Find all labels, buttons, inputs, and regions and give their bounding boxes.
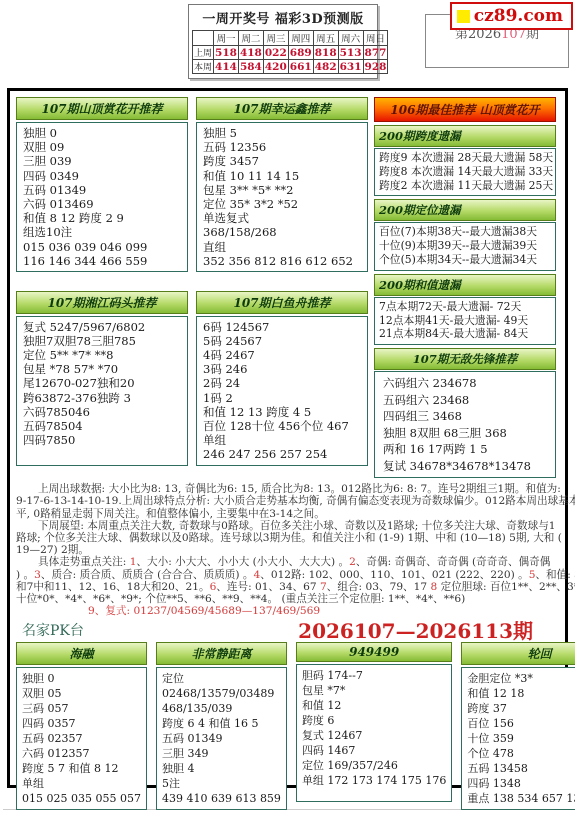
section-body: 7点本期72天-最大遗漏- 72天12点本期41天-最大遗漏- 49天21点本期…	[374, 297, 556, 345]
weekday-cell: 周一	[214, 31, 239, 46]
pk-col-body: 胆码 174--7包星 *7*和值 12跨度 6复式 12467四码 1467定…	[296, 664, 452, 802]
text-segment: 、连号: 01、34、67	[216, 581, 320, 593]
box-line: 6码 124567	[203, 320, 361, 334]
site-logo[interactable]: cz89.com	[450, 2, 573, 30]
pk-col-feichang: 非常静距离 定位02468/13579/03489468/135/039跨度 6…	[156, 642, 287, 810]
text-segment: ) 。	[16, 569, 34, 581]
text-segment: 具体走势重点关注:	[38, 556, 130, 568]
text-segment: 19—27) 2期。	[16, 544, 89, 556]
draw-number-cell: 631	[338, 60, 363, 74]
week-data-row: 本周414584420661482631928	[193, 60, 388, 74]
pk-line: 和值 12	[302, 698, 446, 713]
weekday-cell: 周三	[263, 31, 288, 46]
box-line: 五码78504	[23, 419, 181, 433]
pioneer-line: 五码组六 23468	[383, 392, 553, 409]
text-segment: 路球; 个位多关注大球、偶数球以及0路球。连号球以3期为佳。和值关注小和 (1-…	[16, 532, 562, 544]
box-line: 独胆 5	[203, 126, 361, 140]
week-table: 周一周二周三周四周五周六周日上周518418022689818513877本周4…	[192, 30, 388, 74]
omission-line: 跨度2 本次遗漏 11天最大遗漏 25天	[379, 179, 553, 193]
analysis-text: 上周出球数据: 大小比为8: 13, 奇偶比为6: 15, 质合比为8: 13。…	[16, 483, 559, 617]
box-line: 独胆 0	[23, 126, 181, 140]
pk-line: 5注	[162, 776, 281, 791]
omission-line: 十位(9)本期39天--最大遗漏39天	[379, 239, 553, 253]
pk-line: 重点 138 534 657 134 558	[467, 791, 575, 806]
pk-line: 三码 057	[22, 701, 141, 716]
pk-line: 双胆 05	[22, 686, 141, 701]
span-omission-section: 200期跨度遗漏 跨度9 本次遗漏 28天最大遗漏 58天跨度8 本次遗漏 14…	[374, 125, 556, 196]
box-line: 4码 2467	[203, 348, 361, 362]
pk-col-body: 独胆 0双胆 05三码 057四码 0357五码 02357六码 012357跨…	[16, 667, 147, 810]
pk-line: 三胆 349	[162, 746, 281, 761]
box-xiangjiang: 107期湘江码头推荐 复式 5247/5967/6802独胆7双胆78三胆785…	[16, 291, 188, 479]
pk-col-title: 949499	[296, 642, 452, 662]
omission-line: 跨度8 本次遗漏 14天最大遗漏 33天	[379, 165, 553, 179]
pk-line: 定位 169/357/246	[302, 758, 446, 773]
omission-line: 百位(7)本期38天--最大遗漏38天	[379, 225, 553, 239]
top-grid: 107期山顶赏花开推荐 独胆 0双胆 09三胆 039四码 0349五码 013…	[16, 97, 559, 478]
week-header-row: 周一周二周三周四周五周六周日	[193, 31, 388, 46]
title-box: 一周开奖号 福彩3D预测版 周一周二周三周四周五周六周日上周5184180226…	[188, 4, 378, 79]
section-body: 百位(7)本期38天--最大遗漏38天十位(9)本期39天--最大遗漏39天个位…	[374, 222, 556, 270]
text-segment: 7	[320, 581, 327, 593]
pk-line: 五码 02357	[22, 731, 141, 746]
box-title: 107期山顶赏花开推荐	[16, 97, 188, 120]
period-range: 2026107—2026113期	[298, 615, 533, 644]
box-line: 包星 3** *5* **2	[203, 183, 361, 197]
box-title: 107期湘江码头推荐	[16, 291, 188, 314]
pk-line: 定位	[162, 671, 281, 686]
box-line: 单组	[203, 433, 361, 447]
pk-line: 四码 1467	[302, 743, 446, 758]
pioneer-box: 107期无敌先锋推荐 六码组六 234678五码组六 23468四码组三 346…	[374, 348, 556, 478]
pk-line: 跨度 5 7 和值 8 12	[22, 761, 141, 776]
box-line: 复式 5247/5967/6802	[23, 320, 181, 334]
logo-text[interactable]: cz89.com	[474, 6, 563, 26]
box-line: 四码 0349	[23, 169, 181, 183]
box-line: 3码 246	[203, 362, 361, 376]
text-segment: 、和值: 小	[535, 569, 575, 581]
draw-number-cell: 482	[313, 60, 338, 74]
box-line: 六码 013469	[23, 197, 181, 211]
analysis-line: 19—27) 2期。	[16, 544, 559, 556]
position-omission-section: 200期定位遗漏 百位(7)本期38天--最大遗漏38天十位(9)本期39天--…	[374, 199, 556, 270]
pk-line: 四码 1348	[467, 776, 575, 791]
box-line: 三胆 039	[23, 154, 181, 168]
pk-line: 包星 *7*	[302, 683, 446, 698]
box-line: 六码785046	[23, 405, 181, 419]
row-label-cell: 本周	[193, 60, 214, 74]
box-line: 独胆7双胆78三胆785	[23, 334, 181, 348]
section-title: 200期跨度遗漏	[374, 125, 556, 147]
box-shanding: 107期山顶赏花开推荐 独胆 0双胆 09三胆 039四码 0349五码 013…	[16, 97, 188, 285]
weekday-cell: 周二	[238, 31, 263, 46]
section-title: 200期和值遗漏	[374, 274, 556, 296]
draw-number-cell: 420	[263, 60, 288, 74]
box-line: 包星 *78 57* *70	[23, 362, 181, 376]
box-line: 015 036 039 046 099	[23, 240, 181, 254]
box-line: 1码 2	[203, 391, 361, 405]
omission-line: 跨度9 本次遗漏 28天最大遗漏 58天	[379, 151, 553, 165]
pk-line: 独胆 0	[22, 671, 141, 686]
text-segment: 下周展望: 本周重点关注大数, 奇数球与0路球。百位多关注小球、奇数以及1路球;…	[38, 520, 556, 532]
box-xingyunxin: 107期幸运鑫推荐 独胆 5五码 12356跨度 3457和值 10 11 14…	[196, 97, 368, 285]
section-title: 200期定位遗漏	[374, 199, 556, 221]
pk-line: 个位 478	[467, 746, 575, 761]
pk-col-hairong: 海融 独胆 0双胆 05三码 057四码 0357五码 02357六码 0123…	[16, 642, 147, 810]
analysis-line: 具体走势重点关注: 1、大小: 小大大、小小大 (小大小、大大大) 。2、奇偶:…	[16, 556, 559, 568]
text-segment: 9、复式: 01237/04569/45689—137/469/569	[88, 605, 320, 617]
analysis-line: ) 。3、质合: 质合质、质质合 (合合合、质质质) 。4、012路: 102、…	[16, 569, 559, 581]
pioneer-line: 独胆 8双胆 68三胆 368	[383, 425, 553, 442]
analysis-line: 9-17-6-13-14-10-19.上周出球特点分析: 大小质合走势基本均衡,…	[16, 495, 559, 507]
box-line: 单选复式	[203, 211, 361, 225]
pk-line: 胆码 174--7	[302, 668, 446, 683]
box-body: 独胆 0双胆 09三胆 039四码 0349五码 01349六码 013469和…	[16, 122, 188, 272]
pk-line: 和值 12 18	[467, 686, 575, 701]
corner-cell	[193, 31, 214, 46]
row-label-cell: 上周	[193, 46, 214, 60]
pk-line: 单组	[22, 776, 141, 791]
box-line: 跨63872-376独跨 3	[23, 391, 181, 405]
analysis-line: 和7中和11、12、16、18大和20、21。6、连号: 01、34、67 7、…	[16, 581, 559, 593]
pioneer-line: 四码组三 3468	[383, 408, 553, 425]
pk-col-body: 金胆定位 *3*和值 12 18跨度 37百位 156十位 359个位 478五…	[461, 667, 575, 810]
section-title: 107期无敌先锋推荐	[374, 348, 556, 370]
section-body: 六码组六 234678五码组六 23468四码组三 3468独胆 8双胆 68三…	[374, 371, 556, 478]
box-line: 五码 01349	[23, 183, 181, 197]
omission-line: 个位(5)本期34天--最大遗漏34天	[379, 253, 553, 267]
box-line: 246 247 256 257 254	[203, 447, 361, 461]
pk-line: 四码 0357	[22, 716, 141, 731]
pk-line: 金胆定位 *3*	[467, 671, 575, 686]
pk-line: 468/135/039	[162, 701, 281, 716]
text-segment: 、012路: 102、000、110、101、021 (222、220) 。	[260, 569, 528, 581]
draw-number-cell: 661	[288, 60, 313, 74]
pk-col-body: 定位02468/13579/03489468/135/039跨度 6 4 和值 …	[156, 667, 287, 810]
weekday-cell: 周五	[313, 31, 338, 46]
pk-grid: 海融 独胆 0双胆 05三码 057四码 0357五码 02357六码 0123…	[16, 642, 559, 810]
draw-number-cell: 689	[288, 46, 313, 60]
text-segment: 、奇偶: 奇偶奇、奇奇偶 (奇奇奇、偶奇偶	[356, 556, 551, 568]
section-body: 跨度9 本次遗漏 28天最大遗漏 58天跨度8 本次遗漏 14天最大遗漏 33天…	[374, 148, 556, 196]
header: 一周开奖号 福彩3D预测版 周一周二周三周四周五周六周日上周5184180226…	[0, 0, 575, 88]
text-segment: 、质合: 质合质、质质合 (合合合、质质质) 。	[41, 569, 254, 581]
analysis-line: 下周展望: 本周重点关注大数, 奇数球与0路球。百位多关注小球、奇数以及1路球;…	[16, 520, 559, 532]
draw-number-cell: 418	[238, 46, 263, 60]
text-segment: 9-17-6-13-14-10-19.上周出球特点分析: 大小质合走势基本均衡,…	[16, 495, 575, 507]
box-line: 352 356 812 816 612 652	[203, 254, 361, 268]
box-title: 107期幸运鑫推荐	[196, 97, 368, 120]
box-line: 368/158/268	[203, 225, 361, 239]
omission-line: 12点本期41天-最大遗漏- 49天	[379, 314, 553, 328]
main-frame: 107期山顶赏花开推荐 独胆 0双胆 09三胆 039四码 0349五码 013…	[7, 88, 568, 788]
box-line: 跨度 3457	[203, 154, 361, 168]
text-segment: 、组合: 03、79、17	[327, 581, 431, 593]
box-body: 6码 1245675码 245674码 24673码 2462码 241码 2和…	[196, 316, 368, 466]
analysis-line: 路球; 个位多关注大球、偶数球以及0路球。连号球以3期为佳。和值关注小和 (1-…	[16, 532, 559, 544]
text-segment: 、大小: 小大大、小小大 (小大小、大大大) 。	[136, 556, 349, 568]
pk-line: 跨度 37	[467, 701, 575, 716]
page-title: 一周开奖号 福彩3D预测版	[192, 8, 374, 27]
weekday-cell: 周日	[363, 31, 388, 46]
prediction-boxes: 107期山顶赏花开推荐 独胆 0双胆 09三胆 039四码 0349五码 013…	[16, 97, 368, 478]
pk-line: 跨度 6 4 和值 16 5	[162, 716, 281, 731]
box-line: 四码7850	[23, 433, 181, 447]
analysis-wrap: 上周出球数据: 大小比为8: 13, 奇偶比为6: 15, 质合比为8: 13。…	[16, 483, 559, 640]
box-line: 116 146 344 466 559	[23, 254, 181, 268]
pk-line: 02468/13579/03489	[162, 686, 281, 701]
omission-line: 7点本期72天-最大遗漏- 72天	[379, 300, 553, 314]
pk-line: 百位 156	[467, 716, 575, 731]
text-segment: 十位*0*、*4*、*6*、*9*; 个位**5、**6、**9、**4。 (重…	[16, 593, 465, 605]
box-line: 组选10注	[23, 225, 181, 239]
sum-omission-section: 200期和值遗漏 7点本期72天-最大遗漏- 72天12点本期41天-最大遗漏-…	[374, 274, 556, 345]
pioneer-line: 两和 16 17两跨 1 5	[383, 441, 553, 458]
pioneer-line: 六码组六 234678	[383, 375, 553, 392]
pk-line: 十位 359	[467, 731, 575, 746]
pk-col-title: 轮回	[461, 642, 575, 665]
week-data-row: 上周518418022689818513877	[193, 46, 388, 60]
analysis-line: 平, 0路稍显走弱下周关注。和值整体偏小, 主要集中在3-14之间。	[16, 508, 559, 520]
box-body: 复式 5247/5967/6802独胆7双胆78三胆785定位 5** *7* …	[16, 316, 188, 466]
text-segment: 上周出球数据: 大小比为8: 13, 奇偶比为6: 15, 质合比为8: 13。…	[38, 483, 561, 495]
pk-line: 015 025 035 055 057	[22, 791, 141, 806]
pk-line: 复式 12467	[302, 728, 446, 743]
text-segment: 2	[349, 556, 356, 568]
logo-square-icon	[457, 10, 470, 23]
omission-line: 21点本期84天-最大遗漏- 84天	[379, 327, 553, 341]
box-line: 2码 24	[203, 376, 361, 390]
box-line: 百位 128十位 456个位 467	[203, 419, 361, 433]
box-line: 和值 8 12 跨度 2 9	[23, 211, 181, 225]
analysis-line: 上周出球数据: 大小比为8: 13, 奇偶比为6: 15, 质合比为8: 13。…	[16, 483, 559, 495]
draw-number-cell: 928	[363, 60, 388, 74]
box-title: 107期白鱼舟推荐	[196, 291, 368, 314]
box-line: 和值 12 13 跨度 4 5	[203, 405, 361, 419]
box-body: 独胆 5五码 12356跨度 3457和值 10 11 14 15包星 3** …	[196, 122, 368, 272]
pk-line: 独胆 4	[162, 761, 281, 776]
pk-col-title: 海融	[16, 642, 147, 665]
box-line: 定位 35* 3*2 *52	[203, 197, 361, 211]
draw-number-cell: 818	[313, 46, 338, 60]
right-panel: 106期最佳推荐 山顶赏花开 200期跨度遗漏 跨度9 本次遗漏 28天最大遗漏…	[374, 97, 556, 478]
text-segment: 定位胆球: 百位1**、2**、3**、7**;	[437, 581, 575, 593]
text-segment: 和7中和11、12、16、18大和20、21。	[16, 581, 210, 593]
box-line: 五码 12356	[203, 140, 361, 154]
box-line: 定位 5** *7* **8	[23, 348, 181, 362]
text-segment: 3	[34, 569, 41, 581]
draw-number-cell: 877	[363, 46, 388, 60]
pk-col-lunhui: 轮回 金胆定位 *3*和值 12 18跨度 37百位 156十位 359个位 4…	[461, 642, 575, 810]
pk-line: 单组 172 173 174 175 176	[302, 773, 446, 788]
page: 一周开奖号 福彩3D预测版 周一周二周三周四周五周六周日上周5184180226…	[0, 0, 575, 816]
draw-number-cell: 022	[263, 46, 288, 60]
pk-line: 五码 13458	[467, 761, 575, 776]
pk-line: 跨度 6	[302, 713, 446, 728]
analysis-line: 十位*0*、*4*、*6*、*9*; 个位**5、**6、**9、**4。 (重…	[16, 593, 559, 605]
pk-line: 五码 01349	[162, 731, 281, 746]
pk-line: 439 410 639 613 859	[162, 791, 281, 806]
pk-col-title: 非常静距离	[156, 642, 287, 665]
box-line: 尾12670-027独和20	[23, 376, 181, 390]
draw-number-cell: 513	[338, 46, 363, 60]
weekday-cell: 周六	[338, 31, 363, 46]
weekday-cell: 周四	[288, 31, 313, 46]
best-recommend-banner: 106期最佳推荐 山顶赏花开	[374, 97, 556, 122]
text-segment: 平, 0路稍显走弱下周关注。和值整体偏小, 主要集中在3-14之间。	[16, 508, 325, 520]
draw-number-cell: 414	[214, 60, 239, 74]
box-line: 直组	[203, 240, 361, 254]
pk-col-949499: 949499 胆码 174--7包星 *7*和值 12跨度 6复式 12467四…	[296, 642, 452, 810]
draw-number-cell: 518	[214, 46, 239, 60]
box-line: 双胆 09	[23, 140, 181, 154]
box-baiyuzhou: 107期白鱼舟推荐 6码 1245675码 245674码 24673码 246…	[196, 291, 368, 479]
pioneer-line: 复试 34678*34678*13478	[383, 458, 553, 475]
box-line: 5码 24567	[203, 334, 361, 348]
draw-number-cell: 584	[238, 60, 263, 74]
box-line: 和值 10 11 14 15	[203, 169, 361, 183]
pk-line: 六码 012357	[22, 746, 141, 761]
